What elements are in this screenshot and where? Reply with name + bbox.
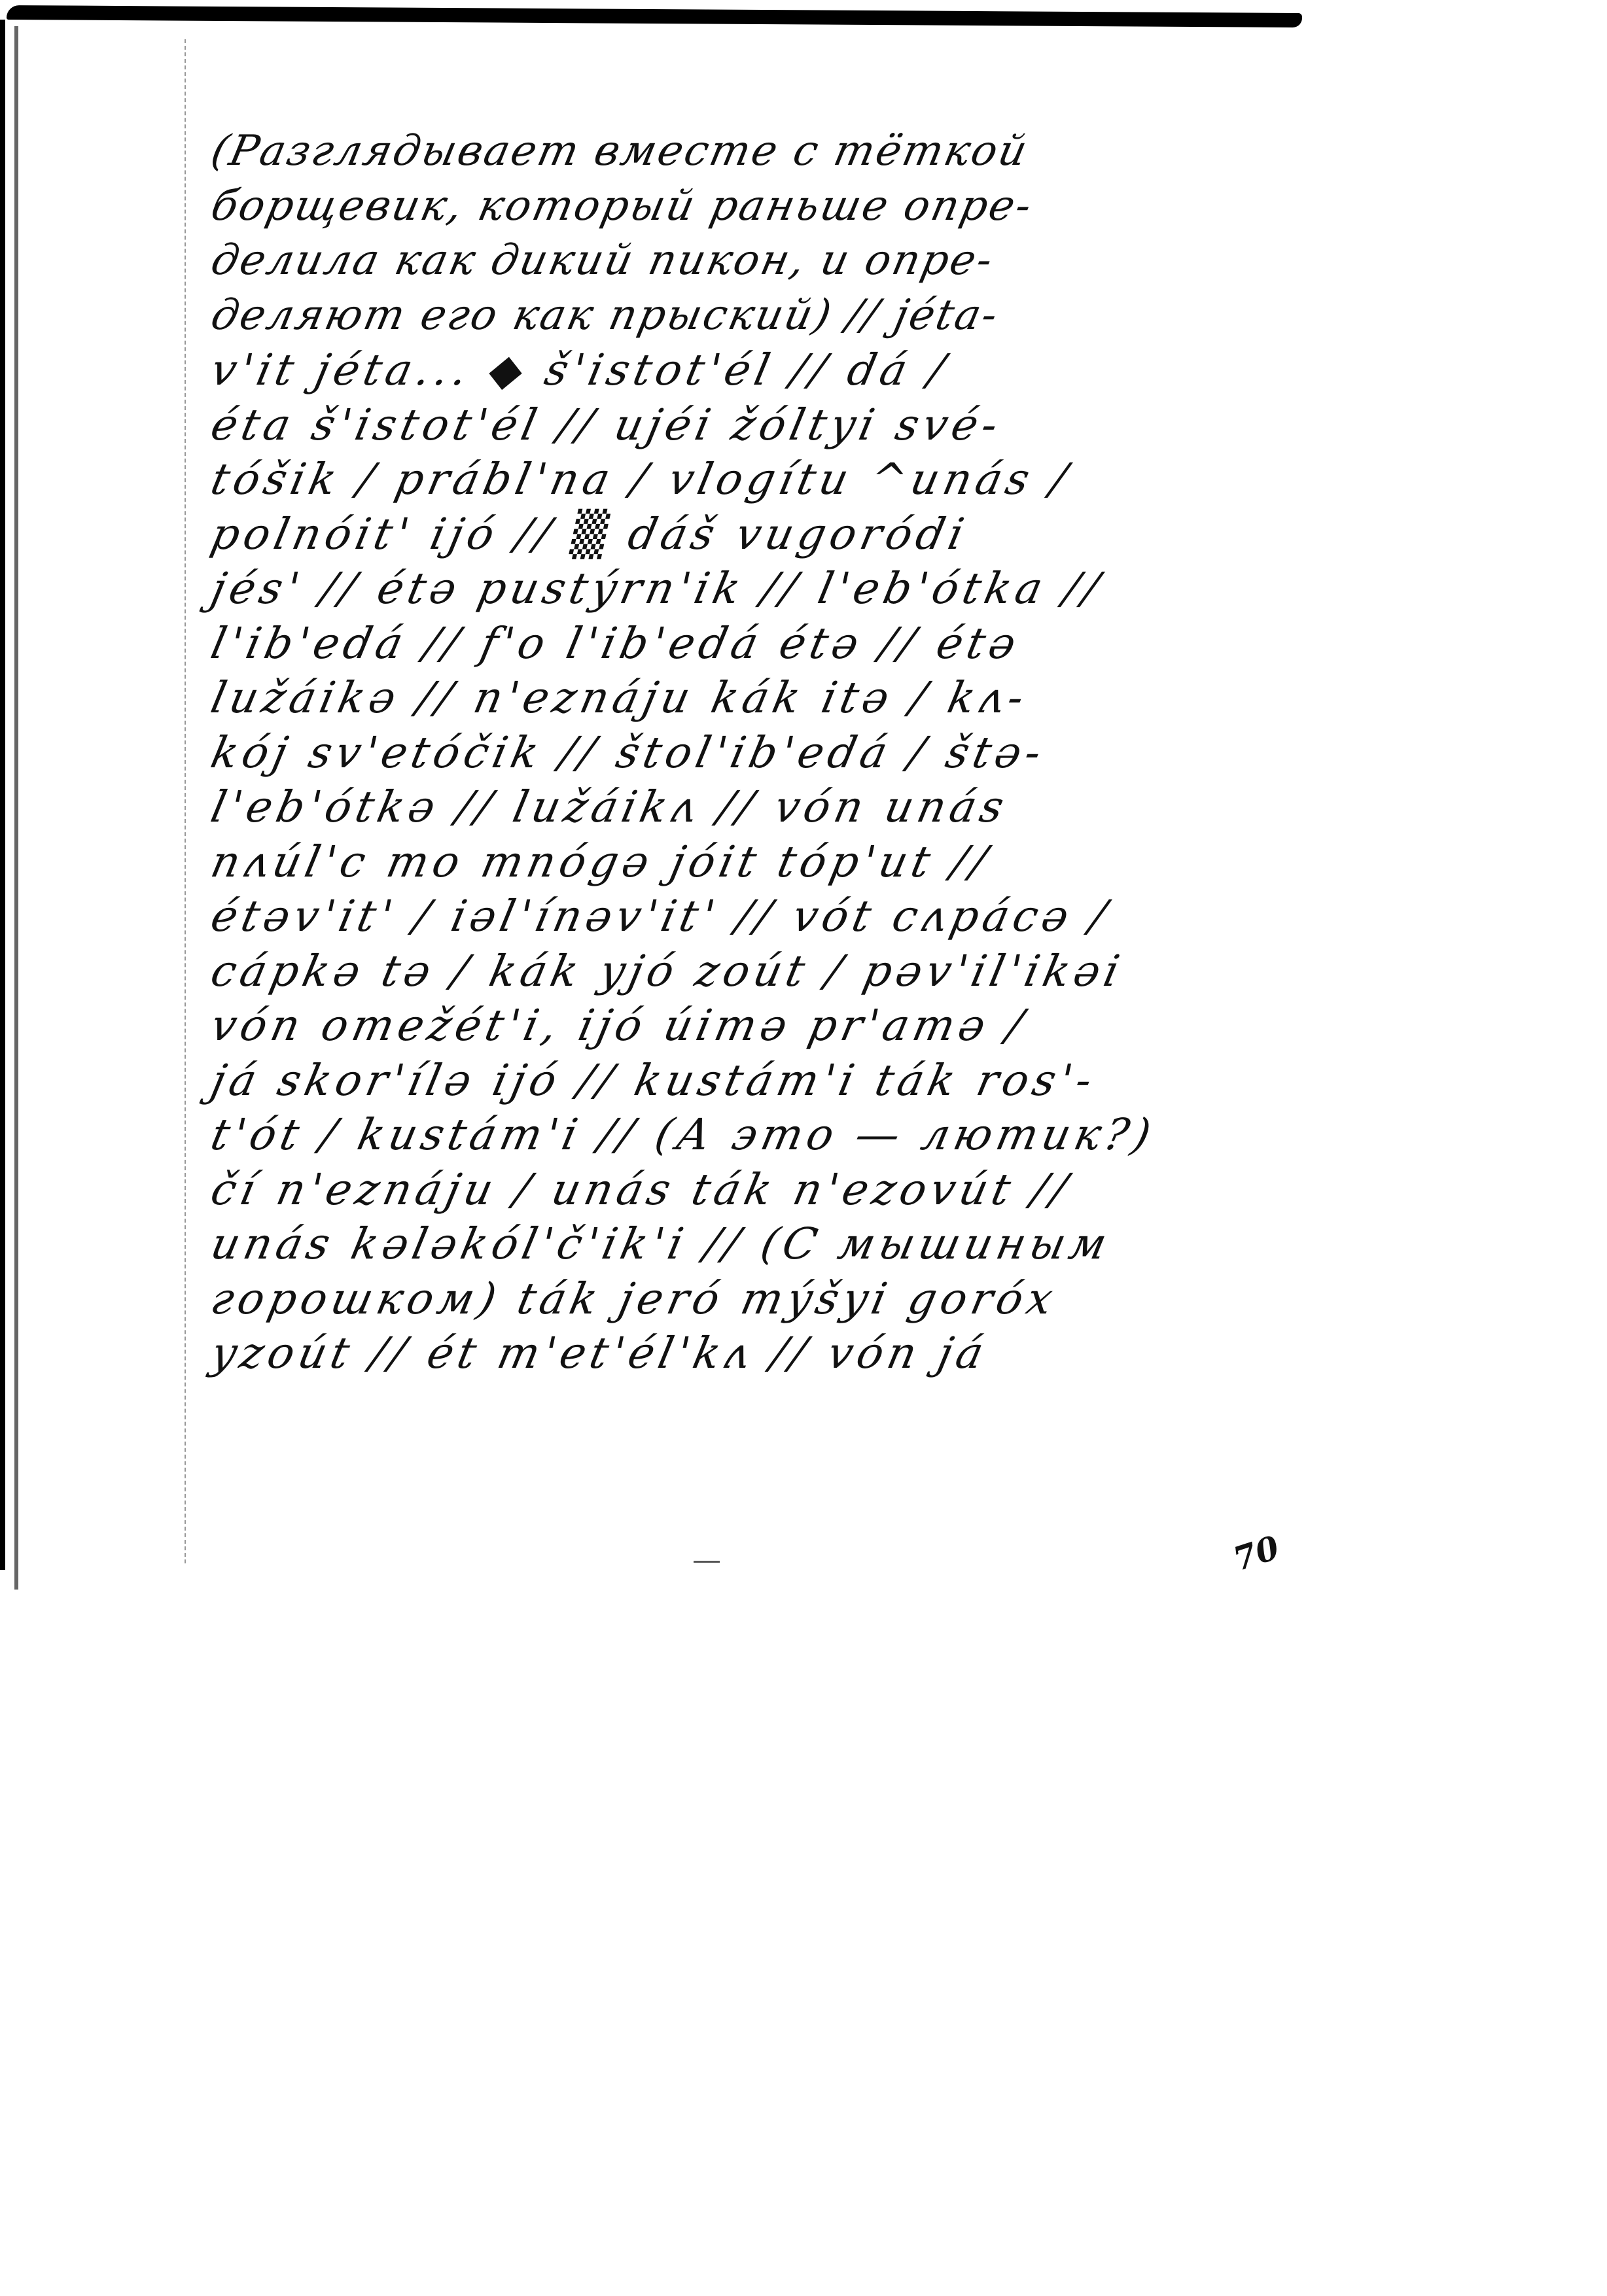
text-line: kój sv'etóčik // štol'ib'edá / štə- [206,725,1369,780]
text-line-underlined: lužáikə // n'eznáju kák itə / kʌ- [206,670,1369,725]
handwritten-text-block: (Разглядывает вместе с тёткой борщевик, … [206,124,1358,1381]
top-border-stroke [7,5,1302,27]
page-binding-edge [14,26,18,1590]
text-line: étəv'it' / iəl'ínəv'it' // vót cʌpácə / [206,889,1369,944]
text-line: čí n'eznáju / unás ták n'ezovút // [206,1162,1369,1217]
margin-line [185,39,186,1563]
text-line: v'it jéta... ◆ š'istot'él // dá / [206,343,1369,398]
text-line: l'ib'edá // f'o l'ib'edá étə // étə [206,616,1369,671]
text-line: борщевик, который раньше опре- [206,179,1369,234]
text-line: (Разглядывает вместе с тёткой [206,124,1369,179]
text-line-strikethrough: nʌúl'c mo mnógə jóit tóp'ut // [206,835,1369,890]
text-line-underlined: unás kələkól'č'ik'i // (С мышиным [206,1217,1369,1272]
text-line-underlined: cápkə tə / kák yjó zoút / pəv'il'ikəi [206,944,1369,999]
text-line: tóšik / prábl'na / vlogítu ^unás / [206,452,1369,507]
page-number: 70 [1229,1528,1284,1579]
text-line-underlined: l'eb'ótkə // lužáikʌ // vón unás [206,780,1369,835]
text-line: yzoút // ét m'et'él'kʌ // vón já [206,1326,1369,1381]
text-line: деляют его как прыский) // jéta- [206,288,1369,343]
text-line-underlined: горошком) ták jeró mýšyi goróx [206,1272,1369,1327]
text-line: éta š'istot'él // ujéi žóltyi své- [206,398,1369,453]
page-left-edge [0,20,5,1570]
stray-mark [694,1561,720,1563]
text-line-underlined: jés' // étə pustýrn'ik // l'eb'ótka // [206,561,1369,616]
text-line: t'ót / kustám'i // (А это — лютик?) [206,1107,1369,1162]
text-line: já skor'ílə ijó // kustám'i ták ros'- [206,1053,1369,1108]
text-line: делила как дикий пикон, и опре- [206,234,1369,288]
text-line: polnóit' ijó // ▒ dáš vugoródi [206,507,1369,562]
text-line: vón omežét'i, ijó úimə pr'amə / [206,998,1369,1053]
